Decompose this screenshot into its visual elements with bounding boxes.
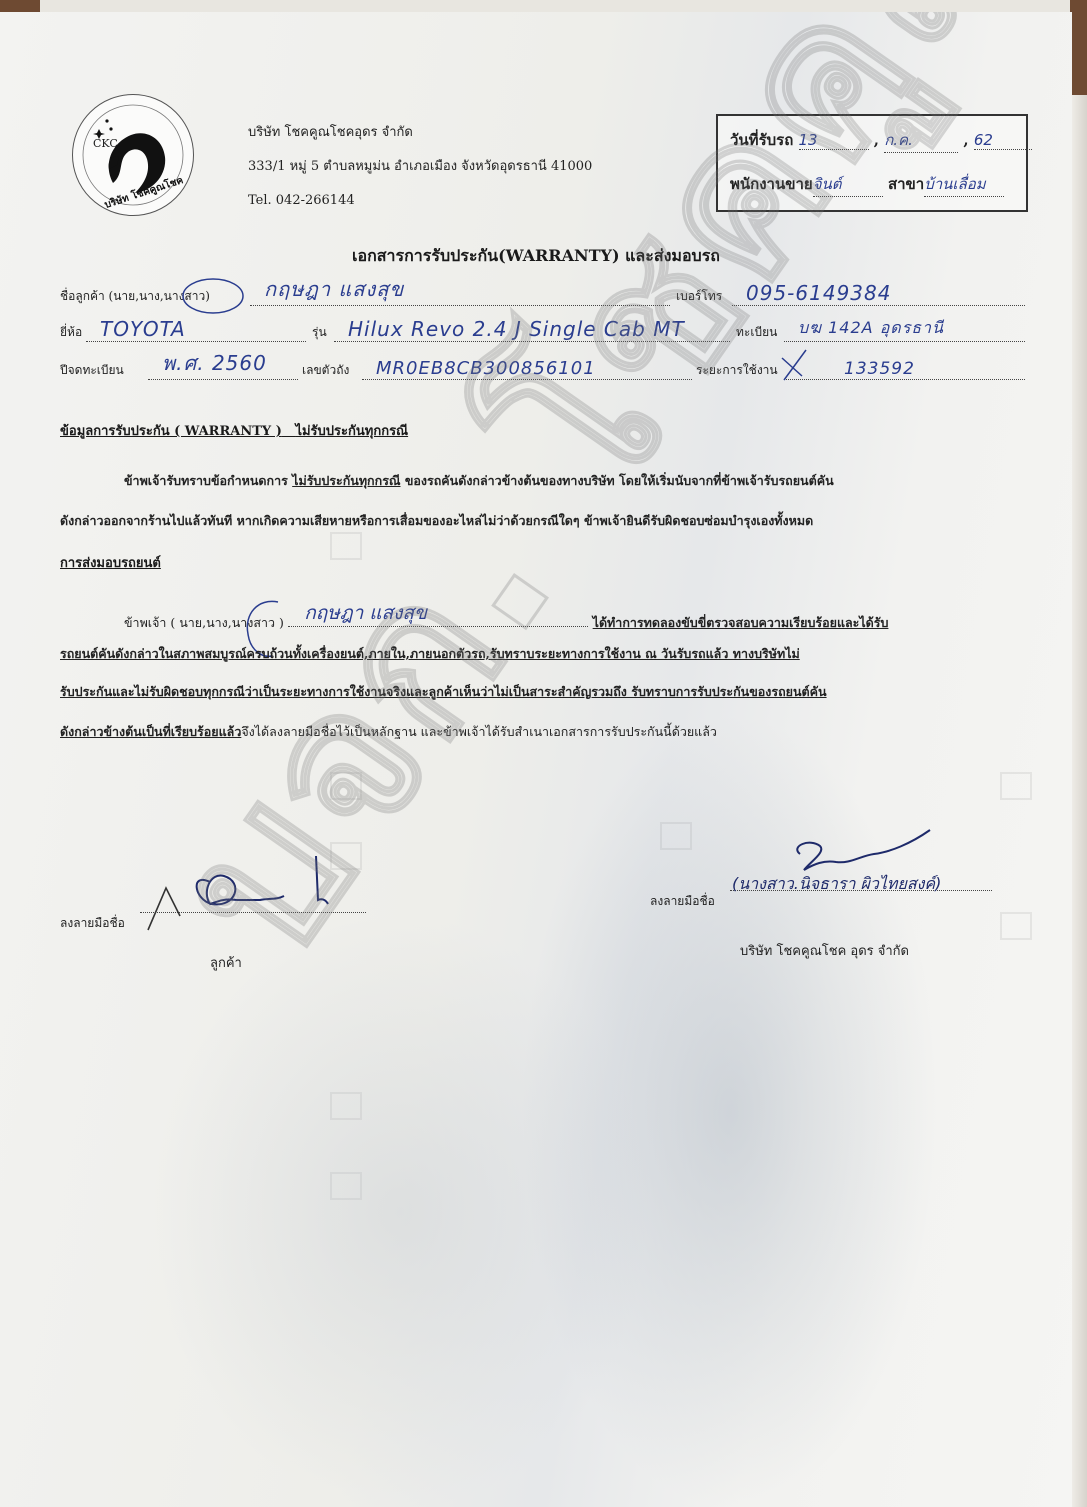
photo-shadow xyxy=(150,912,650,1507)
ghost-checkbox xyxy=(330,772,362,800)
receive-date-label: วันที่รับรถ xyxy=(730,131,793,149)
company-tel: Tel. 042-266144 xyxy=(248,184,592,218)
horse-emblem-icon: CKC บริษัท โชคคูณโชค xyxy=(73,95,193,215)
ghost-checkbox xyxy=(330,1172,362,1200)
delivery-text-line-4: ดังกล่าวข้างต้นเป็นที่เรียบร้อยแล้วจึงได… xyxy=(60,722,1025,742)
document-title: เอกสารการรับประกัน(WARRANTY) และส่งมอบรถ xyxy=(0,244,1072,269)
ghost-checkbox xyxy=(330,1092,362,1120)
phone-field[interactable]: 095-6149384 xyxy=(732,279,1025,306)
delivery-text-line-2: รถยนต์คันดังกล่าวในสภาพสมบูรณ์ครบถ้วนทั้… xyxy=(60,644,1025,664)
brand-field[interactable]: TOYOTA xyxy=(86,315,306,342)
delivery-heading: การส่งมอบรถยนต์ xyxy=(60,552,161,573)
svg-text:CKC: CKC xyxy=(93,137,118,150)
salesperson-row: พนักงานขายจินต์ สาขาบ้านเลื่อม xyxy=(730,172,1004,197)
branch-field[interactable]: บ้านเลื่อม xyxy=(924,172,1004,197)
company-info: บริษัท โชคคูณโชคอุดร จำกัด 333/1 หมู่ 5 … xyxy=(248,116,592,218)
company-role-label: บริษัท โชคคูณโชค อุดร จำกัด xyxy=(740,940,909,961)
company-sign-label: ลงลายมือชื่อ xyxy=(650,892,715,911)
receive-month-field[interactable]: ก.ค. xyxy=(884,128,958,153)
circled-title-mark-icon xyxy=(178,276,248,316)
phone-label: เบอร์โทร xyxy=(676,287,722,306)
customer-name-field[interactable]: กฤษฎา แสงสุข xyxy=(250,279,670,306)
ghost-checkbox xyxy=(1000,912,1032,940)
delivery-text-line-3: รับประกันและไม่รับผิดชอบทุกกรณีว่าเป็นระ… xyxy=(60,682,1025,702)
model-field[interactable]: Hilux Revo 2.4 J Single Cab MT xyxy=(334,315,730,342)
receive-info-box: วันที่รับรถ 13 , ก.ค. , 62 พนักงานขายจิน… xyxy=(716,114,1028,212)
receive-date-row: วันที่รับรถ 13 , ก.ค. , 62 xyxy=(730,128,1032,153)
warranty-heading: ข้อมูลการรับประกัน ( WARRANTY ) ไม่รับปร… xyxy=(60,420,408,441)
customer-sign-label: ลงลายมือชื่อ xyxy=(60,914,125,933)
mileage-field[interactable]: 133592 xyxy=(784,353,1025,380)
cross-mark-icon xyxy=(776,346,816,386)
registration-row: ปีจดทะเบียน พ.ศ. 2560 เลขตัวถัง MR0EB8CB… xyxy=(60,356,1025,384)
customer-signature-icon xyxy=(140,852,360,942)
ghost-checkbox xyxy=(1000,772,1032,800)
plate-label: ทะเบียน xyxy=(736,323,777,342)
vehicle-row: ยี่ห้อ TOYOTA รุ่น Hilux Revo 2.4 J Sing… xyxy=(60,318,1025,346)
company-signer-name: (นางสาว.นิจธารา ผิวไทยสงค์) xyxy=(732,872,941,897)
reg-year-field[interactable]: พ.ศ. 2560 xyxy=(148,353,298,380)
chassis-label: เลขตัวถัง xyxy=(302,361,349,380)
reg-year-label: ปีจดทะเบียน xyxy=(60,361,124,380)
ghost-checkbox xyxy=(660,822,692,850)
ghost-checkbox xyxy=(330,532,362,560)
brand-label: ยี่ห้อ xyxy=(60,323,82,342)
background-paper-edge xyxy=(1070,95,1087,1507)
salesperson-field[interactable]: จินต์ xyxy=(813,172,883,197)
company-logo: CKC บริษัท โชคคูณโชค บริษัท โชคคูณโชค อุ… xyxy=(72,94,194,216)
branch-label: สาขา xyxy=(888,175,924,193)
model-label: รุ่น xyxy=(312,323,327,342)
customer-row: ชื่อลูกค้า (นาย,นาง,นางสาว) กฤษฎา แสงสุข… xyxy=(60,282,1025,310)
warranty-text-line-2: ดังกล่าวออกจากร้านไปแล้วทันที หากเกิดควา… xyxy=(60,511,1025,531)
customer-role-label: ลูกค้า xyxy=(210,952,242,973)
delivery-customer-name-field[interactable]: กฤษฎา แสงสุข xyxy=(288,610,588,627)
warranty-text-line-1: ข้าพเจ้ารับทราบข้อกำหนดการ ไม่รับประกันท… xyxy=(60,471,834,491)
chassis-field[interactable]: MR0EB8CB300856101 xyxy=(362,353,692,380)
plate-field[interactable]: บฆ 142A อุดรธานี xyxy=(784,315,1025,342)
salesperson-label: พนักงานขาย xyxy=(730,175,813,193)
receive-day-field[interactable]: 13 xyxy=(799,131,869,150)
delivery-text-line-1: ข้าพเจ้า ( นาย,นาง,นางสาว ) กฤษฎา แสงสุข… xyxy=(60,610,1072,633)
receive-year-field[interactable]: 62 xyxy=(974,131,1032,150)
mileage-label: ระยะการใช้งาน xyxy=(696,361,778,380)
warranty-heading-note: ไม่รับประกันทุกกรณี xyxy=(295,424,408,439)
company-name: บริษัท โชคคูณโชคอุดร จำกัด xyxy=(248,116,592,150)
company-address: 333/1 หมู่ 5 ตำบลหมูม่น อำเภอเมือง จังหว… xyxy=(248,150,592,184)
warranty-document: CKC บริษัท โชคคูณโชค บริษัท โชคคูณโชค อุ… xyxy=(0,12,1072,1507)
